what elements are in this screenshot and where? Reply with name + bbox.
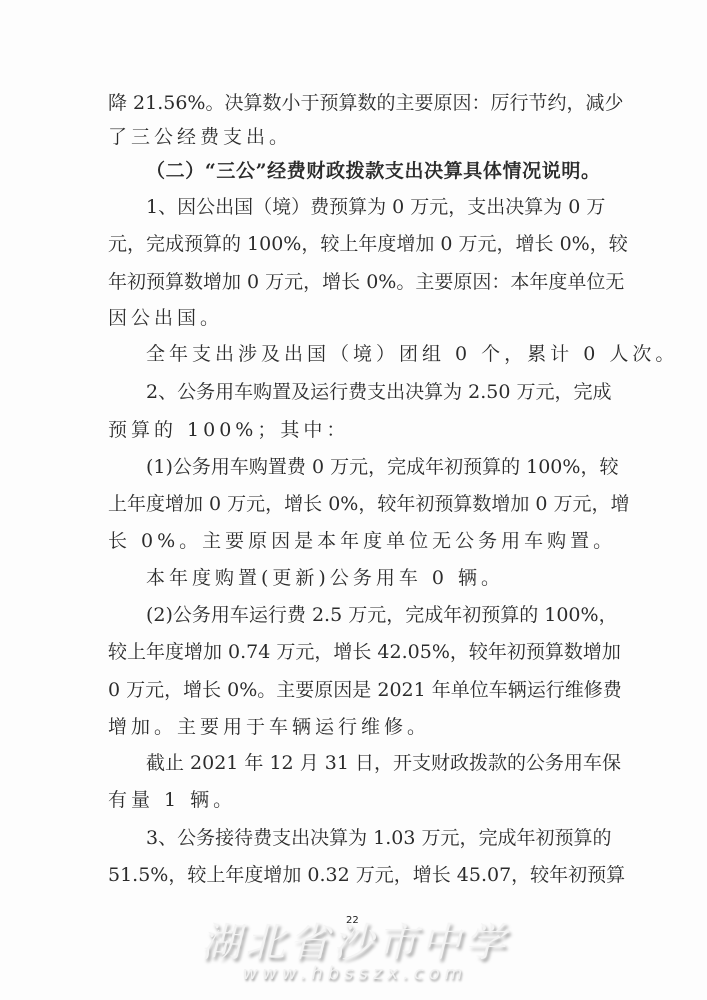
text-line: 截止 2021 年 12 月 31 日，开支财政拨款的公务用车保 [146,749,600,777]
text-line: (1)公务用车购置费 0 万元，完成年初预算的 100%，较 [146,453,600,481]
text-line: 本年度购置(更新)公务用车 0 辆。 [146,564,504,592]
text-line: 较上年度增加 0.74 万元，增长 42.05%，较年初预算数增加 [108,638,600,666]
text-line: 上年度增加 0 万元，增长 0%，较年初预算数增加 0 万元，增 [108,490,600,518]
text-line: 3、公务接待费支出决算为 1.03 万元，完成年初预算的 [146,824,600,852]
text-line: 有量 1 辆。 [108,786,236,814]
text-line: 0 万元，增长 0%。主要原因是 2021 年单位车辆运行维修费 [108,676,600,704]
text-line: 降 21.56%。决算数小于预算数的主要原因：厉行节约，减少 [108,89,600,117]
text-line: 了三公经费支出。 [108,123,292,151]
text-line: 长 0%。主要原因是本年度单位无公务用车购置。 [108,527,616,555]
text-line: 1、因公出国（境）费预算为 0 万元，支出决算为 0 万 [146,193,600,221]
document-page: 降 21.56%。决算数小于预算数的主要原因：厉行节约，减少 了三公经费支出。 … [0,0,707,1000]
text-line: (2)公务用车运行费 2.5 万元，完成年初预算的 100%， [146,601,600,629]
text-line: 全年支出涉及出国（境）团组 0 个，累计 0 人次。 [146,340,678,368]
page-number: 22 [346,915,359,926]
text-line: 增加。主要用于车辆运行维修。 [108,713,430,741]
text-line: 因公出国。 [108,304,223,332]
text-line: 预算的 100%；其中： [108,416,349,444]
text-line: 元，完成预算的 100%，较上年度增加 0 万元，增长 0%，较 [108,230,600,258]
text-line: 年初预算数增加 0 万元，增长 0%。主要原因：本年度单位无 [108,268,600,296]
text-line: 2、公务用车购置及运行费支出决算为 2.50 万元，完成 [146,378,600,406]
text-line: 51.5%，较上年度增加 0.32 万元，增长 45.07，较年初预算 [108,861,600,889]
section-heading: （二）“三公”经费财政拨款支出决算具体情况说明。 [146,157,600,185]
watermark-url: www.hbsszx.com [230,963,480,984]
